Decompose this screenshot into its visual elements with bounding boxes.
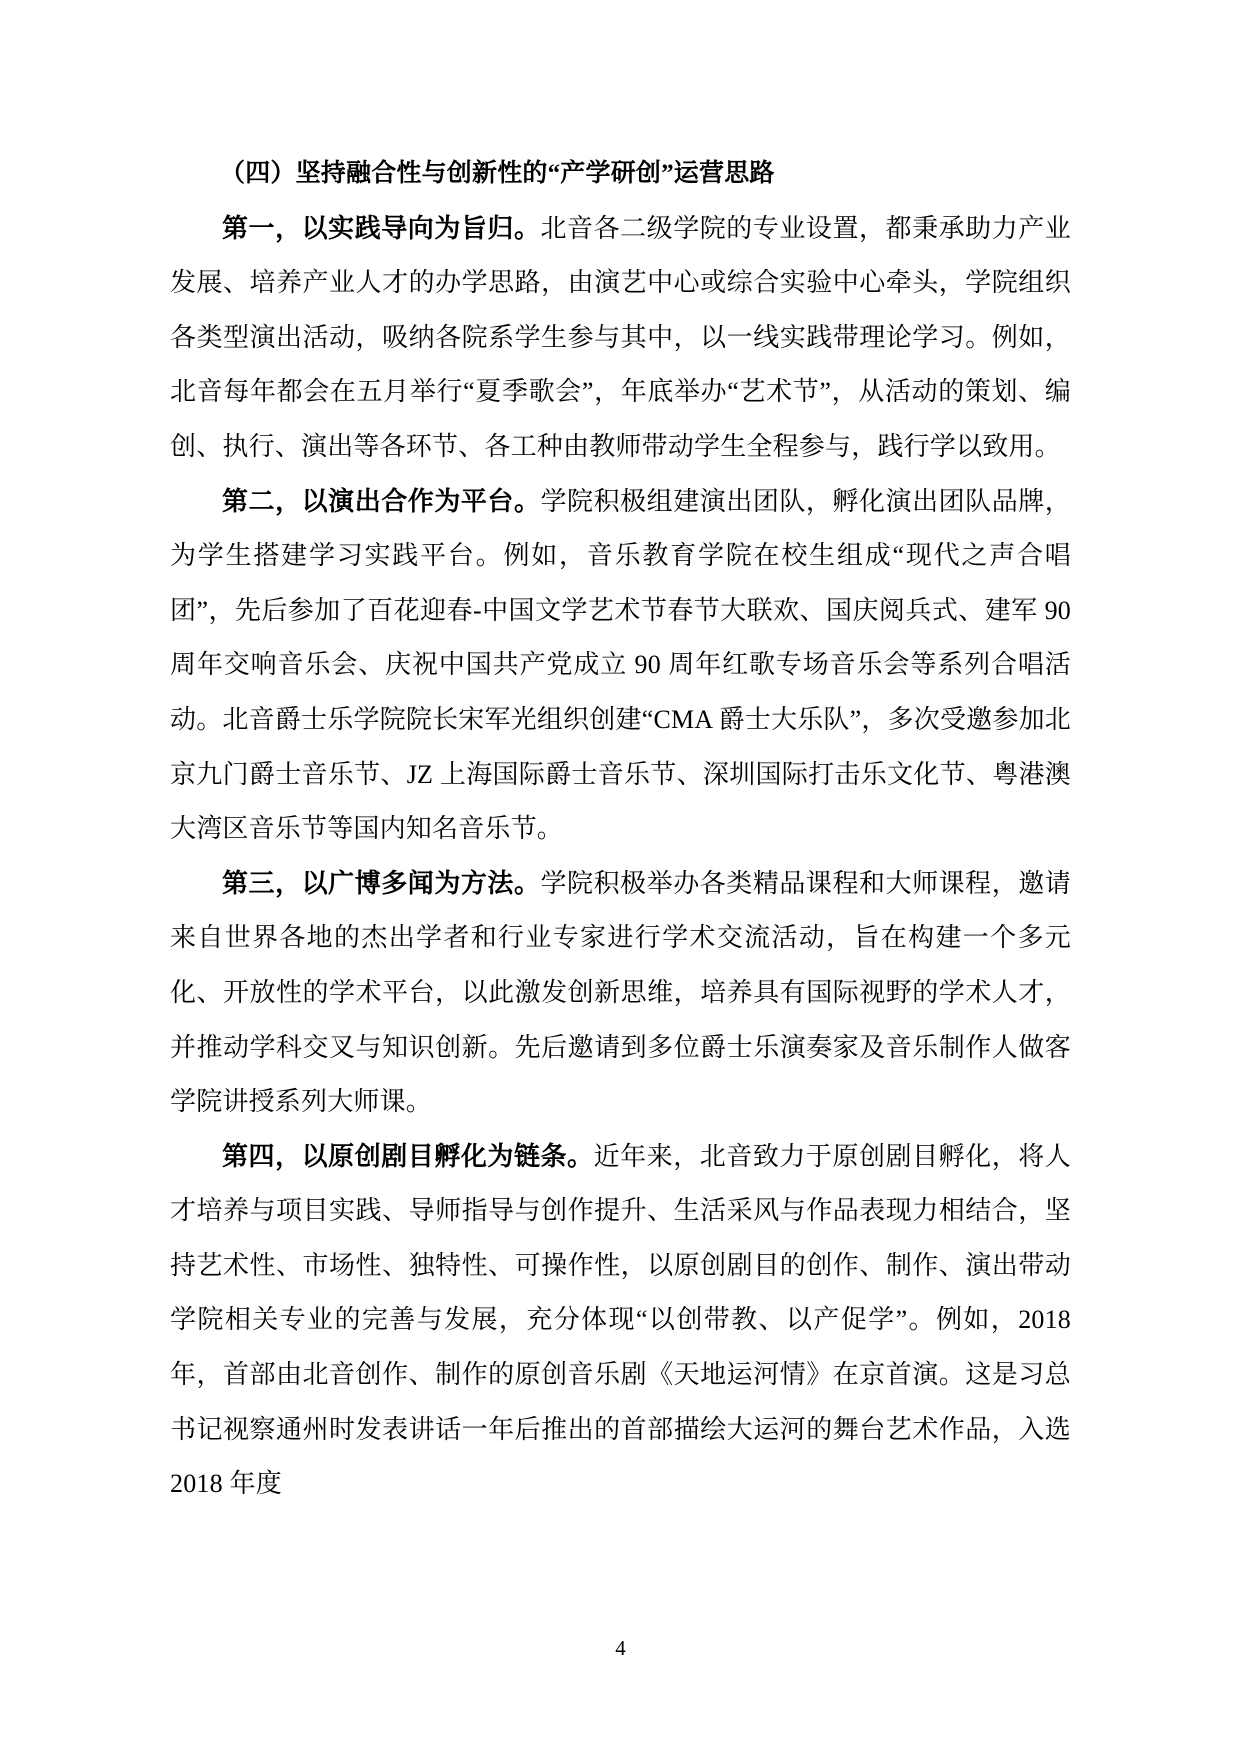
paragraph: 第四，以原创剧目孵化为链条。近年来，北音致力于原创剧目孵化，将人才培养与项目实践… bbox=[170, 1130, 1071, 1512]
paragraph-lead: 第一，以实践导向为旨归。 bbox=[222, 214, 541, 243]
page-number: 4 bbox=[0, 1636, 1241, 1660]
paragraph: 第二，以演出合作为平台。学院积极组建演出团队，孵化演出团队品牌，为学生搭建学习实… bbox=[170, 475, 1071, 857]
paragraph: 第三，以广博多闻为方法。学院积极举办各类精品课程和大师课程，邀请来自世界各地的杰… bbox=[170, 857, 1071, 1130]
paragraph-body: 近年来，北音致力于原创剧目孵化，将人才培养与项目实践、导师指导与创作提升、生活采… bbox=[170, 1142, 1071, 1499]
paragraph-body: 北音各二级学院的专业设置，都秉承助力产业发展、培养产业人才的办学思路，由演艺中心… bbox=[170, 214, 1071, 461]
paragraph-lead: 第二，以演出合作为平台。 bbox=[222, 487, 541, 516]
section-heading: （四）坚持融合性与创新性的“产学研创”运营思路 bbox=[170, 147, 1071, 202]
paragraph-body: 学院积极组建演出团队，孵化演出团队品牌，为学生搭建学习实践平台。例如，音乐教育学… bbox=[170, 487, 1071, 844]
paragraph-lead: 第四，以原创剧目孵化为链条。 bbox=[222, 1142, 594, 1171]
paragraph-lead: 第三，以广博多闻为方法。 bbox=[222, 869, 541, 898]
document-body: （四）坚持融合性与创新性的“产学研创”运营思路 第一，以实践导向为旨归。北音各二… bbox=[170, 147, 1071, 1512]
paragraph-body: 学院积极举办各类精品课程和大师课程，邀请来自世界各地的杰出学者和行业专家进行学术… bbox=[170, 869, 1071, 1116]
paragraph: 第一，以实践导向为旨归。北音各二级学院的专业设置，都秉承助力产业发展、培养产业人… bbox=[170, 202, 1071, 475]
document-page: （四）坚持融合性与创新性的“产学研创”运营思路 第一，以实践导向为旨归。北音各二… bbox=[0, 0, 1241, 1754]
